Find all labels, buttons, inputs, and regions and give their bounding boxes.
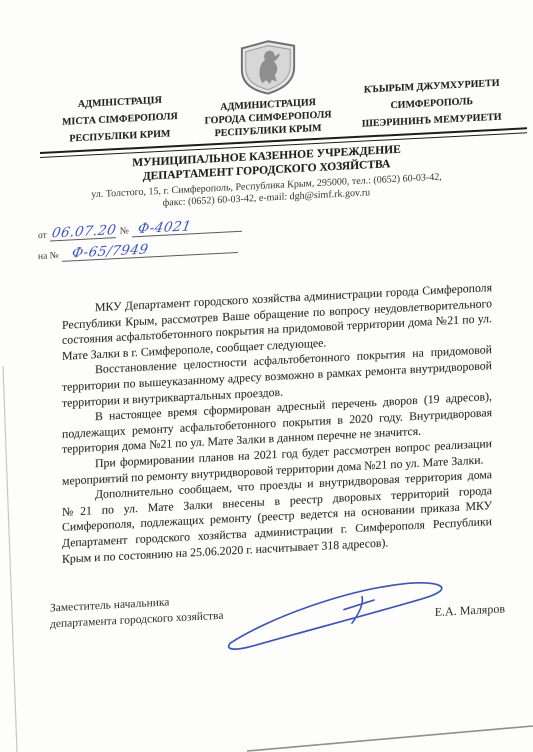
handwritten-outgoing-date: 06.07.20 — [51, 223, 118, 240]
handwritten-incoming-number: Ф-65/7949 — [71, 242, 150, 260]
letter-body: МКУ Департамент городского хозяйства адм… — [62, 280, 492, 567]
outgoing-date-field: 06.07.20 — [50, 223, 116, 241]
org-name-russian: АДМИНИСТРАЦИЯ ГОРОДА СИМФЕРОПОЛЯ РЕСПУБЛ… — [205, 95, 332, 140]
handwritten-signature-icon — [222, 574, 462, 652]
org-name-crimean-tatar: КЪЫРЫМ ДЖУМХУРИЕТИ СИМФЕРОПОЛЬ ШЕЭРИНИНЪ… — [344, 74, 519, 134]
incoming-number-field: Ф-65/7949 — [62, 238, 238, 262]
org-name-ukrainian: АДМІНІСТРАЦІЯ МІСТА СІМФЕРОПОЛЯ РЕСПУБЛІ… — [48, 90, 192, 148]
signature-block: Заместитель начальника департамента горо… — [0, 576, 533, 642]
incoming-number-label: на № — [38, 251, 59, 263]
letterhead-center: АДМИНИСТРАЦИЯ ГОРОДА СИМФЕРОПОЛЯ РЕСПУБЛ… — [192, 35, 345, 142]
coat-of-arms-icon — [237, 37, 299, 98]
scanned-letter-document: АДМІНІСТРАЦІЯ МІСТА СІМФЕРОПОЛЯ РЕСПУБЛІ… — [0, 0, 533, 752]
handwritten-outgoing-number: Ф-4021 — [137, 219, 193, 236]
outgoing-date-label: от — [38, 231, 47, 242]
incoming-reference-row: на № Ф-65/7949 — [38, 236, 268, 263]
outgoing-number-label: № — [120, 226, 129, 237]
outgoing-number-field: Ф-4021 — [132, 217, 242, 238]
letter-page: АДМІНІСТРАЦІЯ МІСТА СІМФЕРОПОЛЯ РЕСПУБЛІ… — [0, 0, 533, 752]
reference-block: от 06.07.20 № Ф-4021 на № Ф-65/7949 — [38, 215, 268, 263]
